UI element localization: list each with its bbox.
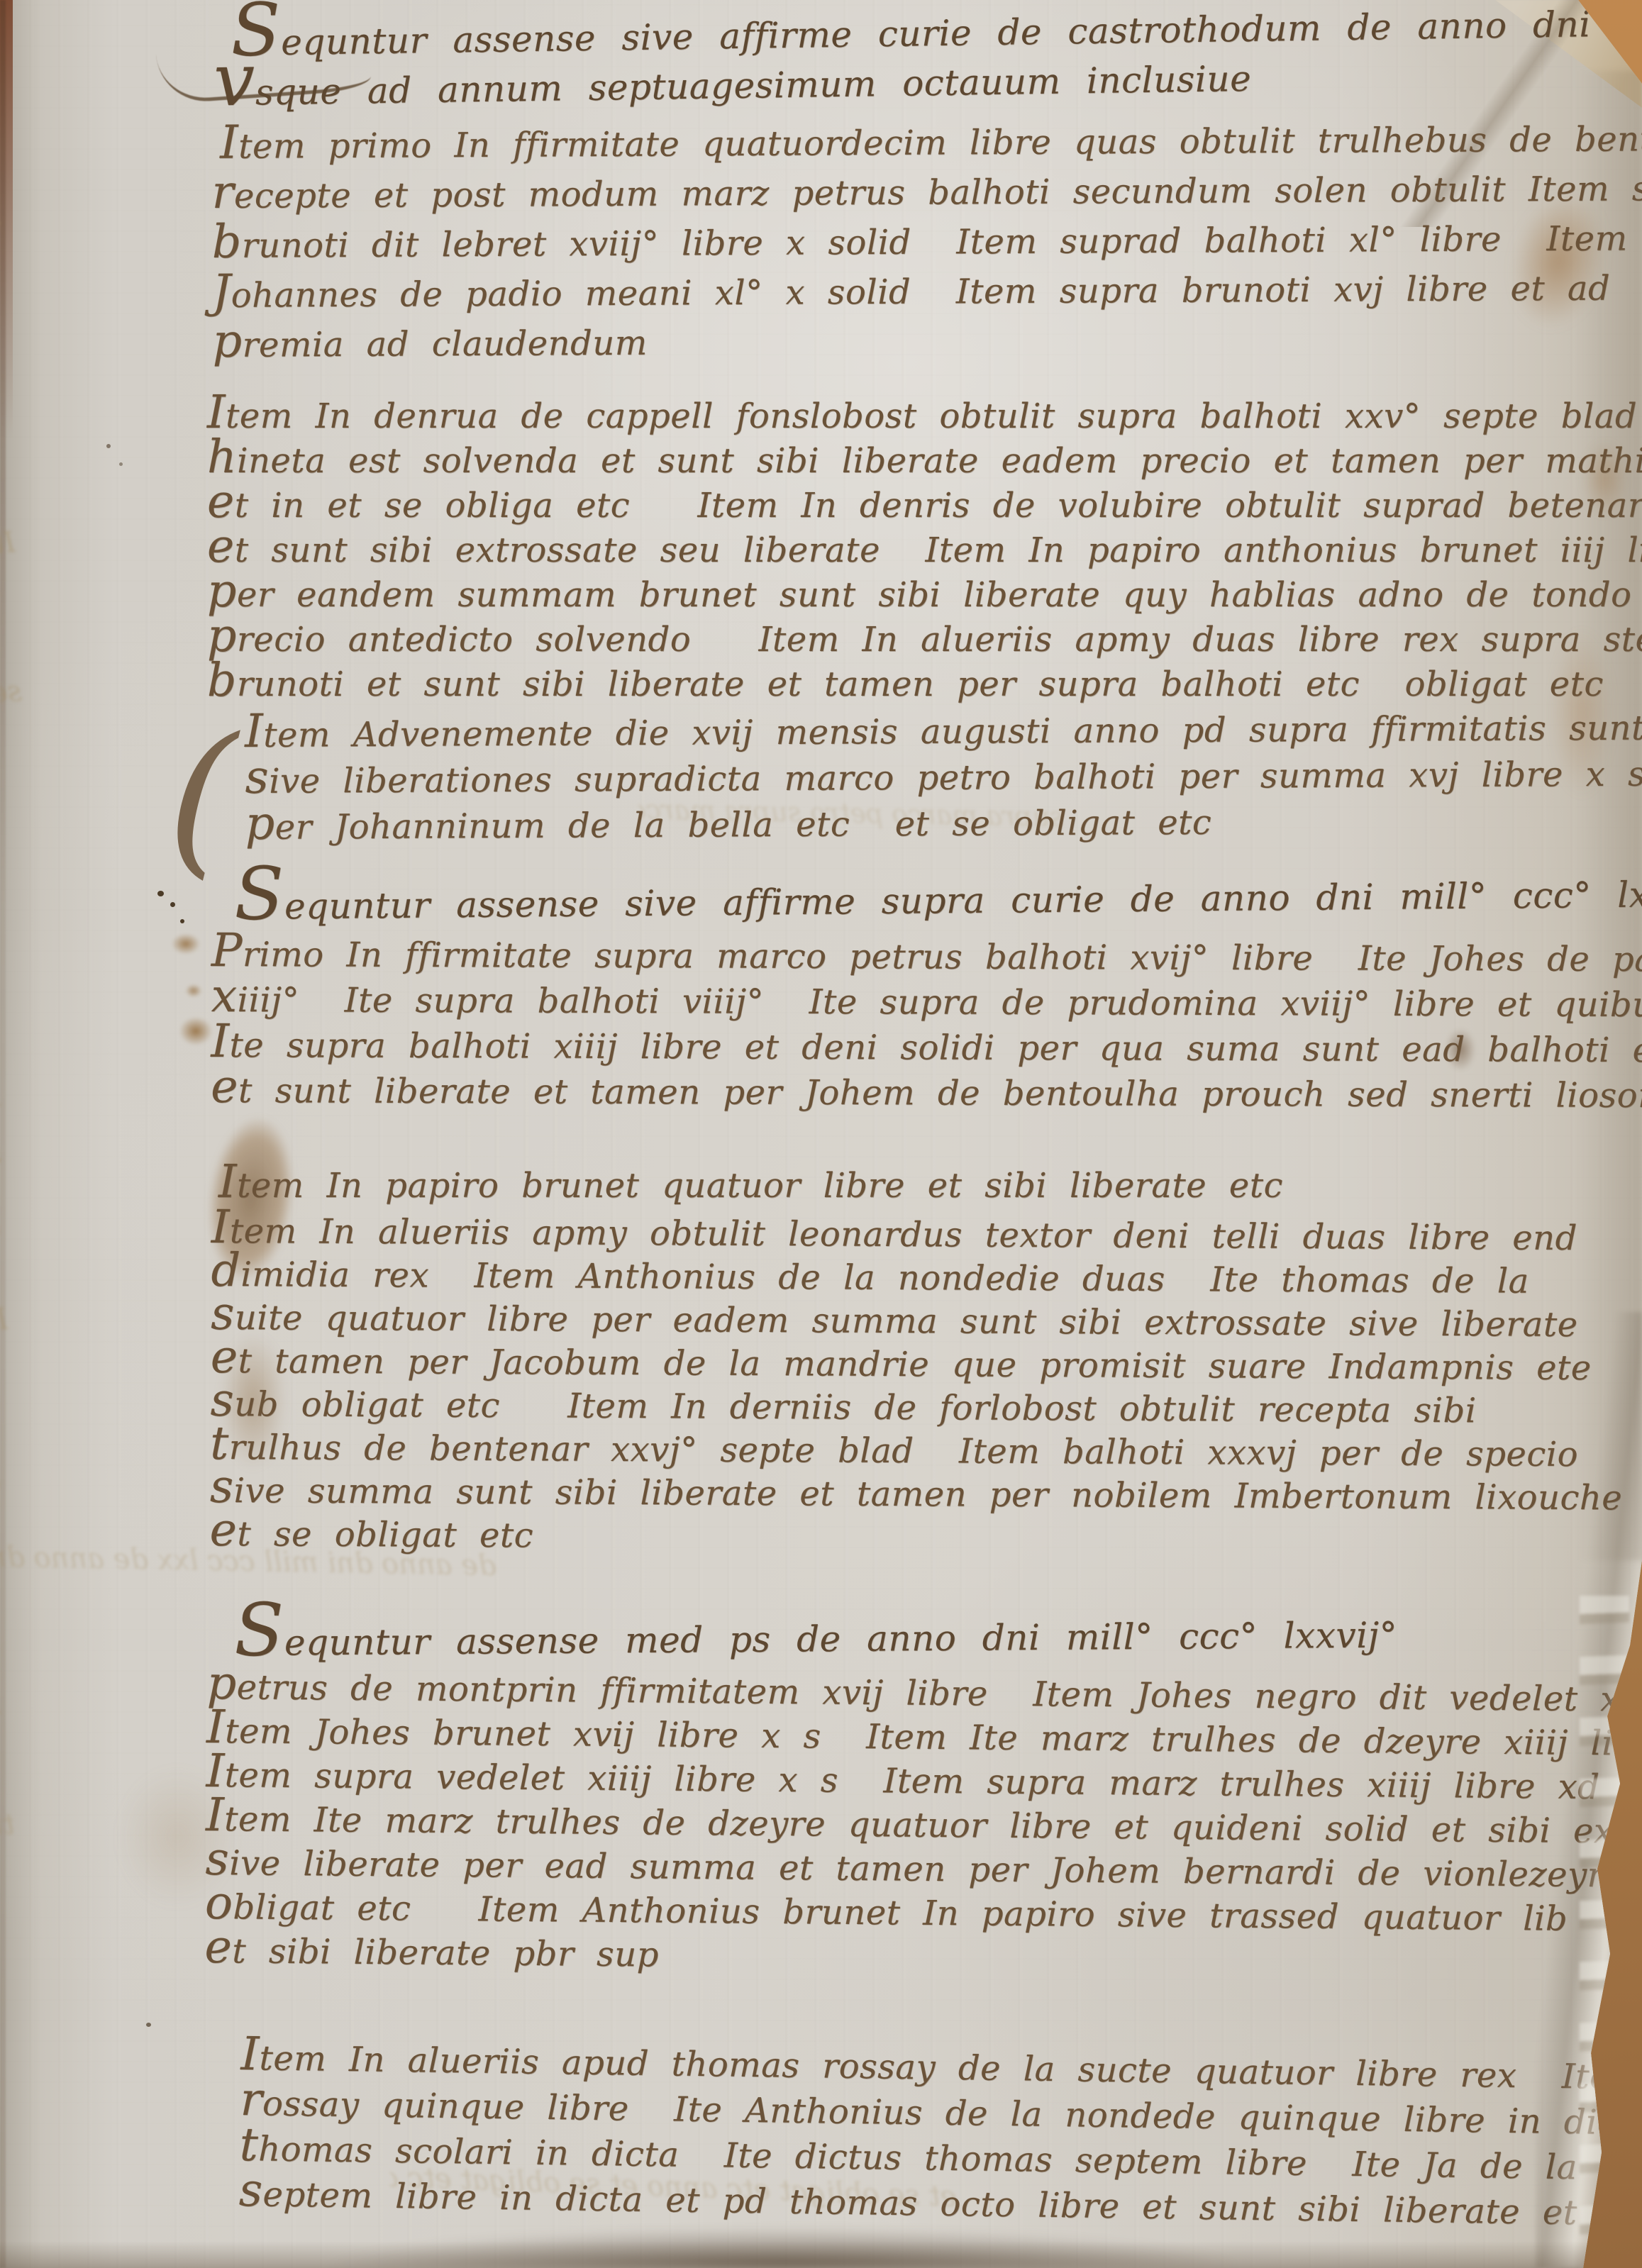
paragraph-block: Item In alueriis apmy obtulit leonardus … xyxy=(209,1210,1624,1563)
paragraph-block: Item primo In ffirmitate quatuordecim li… xyxy=(211,113,1642,370)
photo-canvas: { "document": { "kind_label": "medieval-… xyxy=(0,0,1642,2268)
text-line: Sequntur assense sive affirme supra curi… xyxy=(234,864,1642,926)
bottom-edge-shading xyxy=(0,2241,1642,2268)
text-line: Item Advenemente die xvij mensis augusti… xyxy=(245,704,1642,759)
right-edge-shadow xyxy=(1578,71,1642,1560)
text-line: per eandem summam brunet sunt sibi liber… xyxy=(207,573,1642,618)
text-layer: Sequntur assense sive affirme curie de c… xyxy=(0,0,1642,2268)
text-line: Primo In ffirmitate supra marco petrus b… xyxy=(211,932,1642,983)
text-line: et in et se obliga etc Item In denris de… xyxy=(207,484,1642,528)
paragraph-block: petrus de montprin ffirmitatem xvij libr… xyxy=(204,1665,1642,1986)
heading-block: Sequntur assense sive affirme supra curi… xyxy=(234,864,1642,926)
margin-brace: ( xyxy=(164,699,239,896)
heading-block: Sequntur assense sive affirme curie de c… xyxy=(231,0,1642,112)
paragraph-block: Item Advenemente die xvij mensis augusti… xyxy=(245,704,1642,851)
text-line: Item primo In ffirmitate quatuordecim li… xyxy=(220,113,1642,172)
paragraph-block: Item In alueriis apud thomas rossay de l… xyxy=(238,2035,1642,2240)
text-line: Ite supra balhoti xiiij libre et deni so… xyxy=(211,1023,1642,1074)
text-line: Item In denrua de cappell fonslobost obt… xyxy=(207,394,1642,439)
text-line: Sequntur assense med ps de anno dni mill… xyxy=(234,1600,1642,1662)
text-line: dimidia rex Item Anthonius de la nondedi… xyxy=(211,1253,1624,1303)
text-line: Item In alueriis apmy obtulit leonardus … xyxy=(211,1210,1624,1260)
text-line: et sunt liberate et tamen per Johem de b… xyxy=(211,1068,1642,1119)
text-line: brunoti et sunt sibi liberate et tamen p… xyxy=(207,662,1642,707)
text-line: suite quatuor libre per eadem summa sunt… xyxy=(211,1296,1624,1347)
manuscript-page: sille am redde petri sille am redde petr… xyxy=(0,0,1642,2268)
text-line: sive liberationes supradicta marco petro… xyxy=(245,750,1642,805)
text-line: precio antedicto solvendo Item In alueri… xyxy=(207,618,1642,662)
text-line: premia ad claudendum xyxy=(212,312,1642,370)
heading-block: Sequntur assense med ps de anno dni mill… xyxy=(234,1600,1642,1662)
paragraph-block: Primo In ffirmitate supra marco petrus b… xyxy=(211,932,1642,1119)
text-line: xiiij° Ite supra balhoti viiij° Ite supr… xyxy=(211,977,1642,1028)
paragraph-block: Item In papiro brunet quatuor libre et s… xyxy=(218,1163,1283,1208)
text-line: et se obligat etc xyxy=(209,1513,1622,1563)
text-line: et sunt sibi extrossate seu liberate Ite… xyxy=(207,528,1642,573)
text-line: trulhus de bentenar xxvj° septe blad Ite… xyxy=(210,1426,1623,1477)
text-line: per Johanninum de la bella etc et se obl… xyxy=(245,796,1642,851)
paragraph-block: Item In denrua de cappell fonslobost obt… xyxy=(207,394,1642,707)
text-line: sub obligat etc Item In derniis de forlo… xyxy=(210,1383,1623,1433)
text-line: hineta est solvenda et sunt sibi liberat… xyxy=(207,439,1642,484)
text-line: et tamen per Jacobum de la mandrie que p… xyxy=(211,1340,1624,1390)
text-line: Item In papiro brunet quatuor libre et s… xyxy=(218,1163,1283,1208)
text-line: brunoti dit lebret xviij° libre x solid … xyxy=(212,213,1642,271)
text-line: sive summa sunt sibi liberate et tamen p… xyxy=(210,1469,1623,1520)
text-line: recepte et post modum marz petrus balhot… xyxy=(211,163,1642,221)
text-line: Johannes de padio meani xl° x solid Item… xyxy=(212,262,1642,321)
